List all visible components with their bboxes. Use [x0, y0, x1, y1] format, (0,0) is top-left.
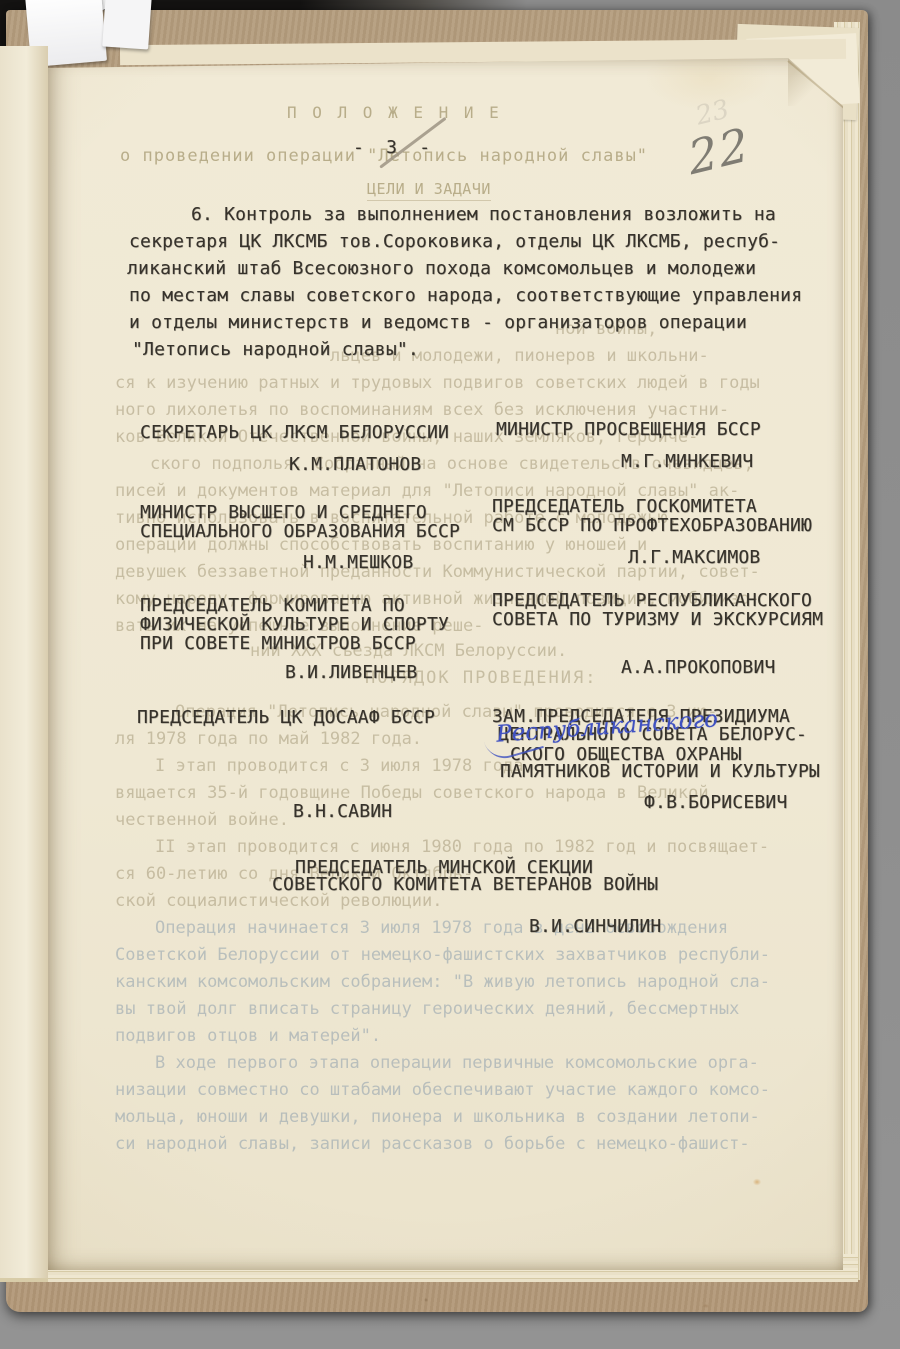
- ghost-section-heading: ЦЕЛИ И ЗАДАЧИ: [367, 180, 491, 201]
- document-scan: П О Л О Ж Е Н И Е о проведении операции …: [0, 0, 900, 1349]
- signatory-title: ПРЕДСЕДАТЕЛЬ РЕСПУБЛИКАНСКОГО: [492, 591, 812, 610]
- signatory-name: Н.М.МЕШКОВ: [303, 553, 413, 572]
- signatory-title: МИНИСТР ПРОСВЕЩЕНИЯ БССР: [496, 420, 761, 439]
- typed-page-number: - 3 -: [353, 138, 430, 157]
- signatory-title: ПРЕДСЕДАТЕЛЬ ГОСКОМИТЕТА: [492, 497, 757, 516]
- ghost-title: П О Л О Ж Е Н И Е: [287, 103, 502, 122]
- ghost-text-line: канским комсомольским собранием: "В живу…: [115, 973, 770, 991]
- signatory-title: МИНИСТР ВЫСШЕГО И СРЕДНЕГО: [140, 503, 427, 522]
- paragraph-line: по местам славы советского народа, соотв…: [129, 286, 802, 305]
- ghost-text-line: вящается 35-й годовщине Победы советског…: [115, 784, 709, 802]
- ghost-text-line: Советской Белоруссии от немецко-фашистск…: [115, 946, 770, 964]
- document-page: П О Л О Ж Е Н И Е о проведении операции …: [48, 58, 843, 1270]
- ghost-text-line: вы твой долг вписать страницу героически…: [115, 1000, 739, 1018]
- signatory-name: К.М.ПЛАТОНОВ: [289, 455, 421, 474]
- bookmark-tab: [102, 0, 152, 50]
- paragraph-line: "Летопись народной славы".: [132, 340, 419, 359]
- ghost-text-line: В ходе первого этапа операции первичные …: [155, 1054, 759, 1072]
- ghost-text-line: мольца, юноши и девушки, пионера и школь…: [115, 1108, 760, 1126]
- signatory-title: ПРЕДСЕДАТЕЛЬ КОМИТЕТА ПО: [140, 596, 405, 615]
- ghost-text-line: ся к изучению ратных и трудовых подвигов…: [115, 374, 760, 392]
- ghost-text-line: II этап проводится с июня 1980 года по 1…: [155, 838, 769, 856]
- ghost-text-line: ного лихолетья по воспоминаниям всех без…: [115, 401, 729, 419]
- signatory-name: Ф.В.БОРИСЕВИЧ: [644, 793, 787, 812]
- signatory-title: СМ БССР ПО ПРОФТЕХОБРАЗОВАНИЮ: [492, 516, 812, 535]
- signatory-title: ФИЗИЧЕСКОЙ КУЛЬТУРЕ И СПОРТУ: [140, 615, 449, 634]
- handwritten-page-number: 22: [685, 117, 753, 186]
- signatory-name: Л.Г.МАКСИМОВ: [628, 548, 760, 567]
- signatory-title: СПЕЦИАЛЬНОГО ОБРАЗОВАНИЯ БССР: [140, 522, 460, 541]
- paragraph-line: секретаря ЦК ЛКСМБ тов.Сороковика, отдел…: [129, 232, 780, 251]
- signatory-title: ПРЕДСЕДАТЕЛЬ ЦК ДОСААФ БССР: [137, 708, 435, 727]
- ghost-text-line: си народной славы, записи рассказов о бо…: [115, 1135, 750, 1153]
- signatory-title: СЕКРЕТАРЬ ЦК ЛКСМ БЕЛОРУССИИ: [140, 423, 449, 442]
- ghost-text-line: низации совместно со штабами обеспечиваю…: [115, 1081, 770, 1099]
- signatory-name: В.И.СИНЧИЛИН: [529, 917, 661, 936]
- ghost-text-line: чественной войне.: [115, 811, 289, 829]
- paragraph-line: и отделы министерств и ведомств - органи…: [129, 313, 747, 332]
- paragraph-line: ликанский штаб Всесоюзного похода комсом…: [127, 259, 756, 278]
- signatory-name: М.Г.МИНКЕВИЧ: [621, 452, 753, 471]
- previous-page-edge: [0, 46, 48, 1282]
- signatory-title: СОВЕТСКОГО КОМИТЕТА ВЕТЕРАНОВ ВОЙНЫ: [272, 875, 658, 894]
- signatory-title: СОВЕТА ПО ТУРИЗМУ И ЭКСКУРСИЯМ: [492, 610, 823, 629]
- signatory-title: ПРИ СОВЕТЕ МИНИСТРОВ БССР: [140, 634, 416, 653]
- ghost-text-line: I этап проводится с 3 июля 1978 года: [155, 757, 523, 775]
- paragraph-line: 6. Контроль за выполнением постановления…: [191, 205, 776, 224]
- signatory-name: В.И.ЛИВЕНЦЕВ: [285, 663, 417, 682]
- ghost-text-line: подвигов отцов и матерей".: [115, 1027, 381, 1045]
- ghost-text-line: ля 1978 года по май 1982 года.: [115, 730, 422, 748]
- signatory-name: В.Н.САВИН: [293, 802, 392, 821]
- signatory-name: А.А.ПРОКОПОВИЧ: [621, 658, 776, 677]
- signatory-title: ПАМЯТНИКОВ ИСТОРИИ И КУЛЬТУРЫ: [500, 762, 820, 781]
